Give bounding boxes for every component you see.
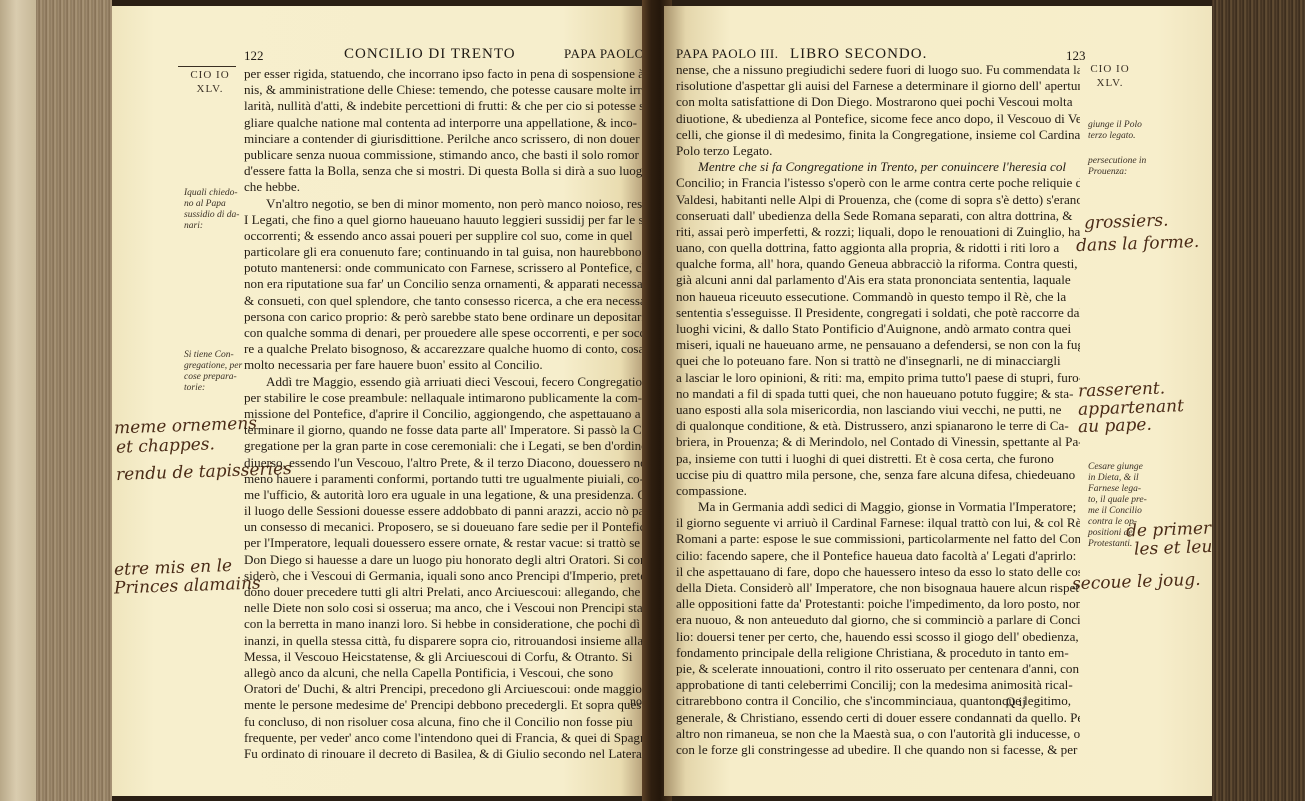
text-line: Addì tre Maggio, essendo già arriuati di… — [244, 374, 642, 390]
text-line: diuerso, essendo l'un Vescouo, l'altro P… — [244, 455, 642, 471]
margin-note-line: to, il quale pre- — [1088, 495, 1147, 506]
margin-note-line: sussidio di da- — [184, 210, 239, 221]
text-line: me l'ufficio, & autorità loro era uguale… — [244, 487, 642, 503]
text-line: alle oppositioni fatte da' Protestanti: … — [676, 596, 1080, 612]
text-line: d'essere fatta la Bolla, senza che si mo… — [244, 163, 642, 179]
text-line: gliare qualche natione mal contenta ad i… — [244, 115, 642, 131]
text-line: Oratori de' Duchi, & altri Prencipi, pre… — [244, 681, 642, 697]
text-line: pa, insieme con tutti i luoghi di quei d… — [676, 451, 1080, 467]
text-line: persona con carico proprio: & però sareb… — [244, 309, 642, 325]
text-line: con la berretta in mano inanzi loro. Si … — [244, 616, 642, 632]
text-line: Don Diego si hauesse a dare un luogo piu… — [244, 552, 642, 568]
text-line: missione del Pontefice, d'aprire il Conc… — [244, 406, 642, 422]
text-line: fu concluso, di non risoluer cosa alcuna… — [244, 714, 642, 730]
year-note-line: XLV. — [1088, 76, 1132, 90]
text-line: per esser rigida, statuendo, che incorra… — [244, 66, 642, 82]
text-line: & consueti, con quel splendore, che tant… — [244, 293, 642, 309]
margin-note-line: me il Concilio — [1088, 506, 1147, 517]
open-book: 122 CONCILIO DI TRENTO PAPA PAOLO III. C… — [0, 0, 1305, 801]
text-line: Concilio; in Francia l'istesso s'operò c… — [676, 175, 1080, 191]
right-body-text: nense, che a nissuno pregiudichi sedere … — [676, 62, 1080, 758]
text-line: miseri, iquali ne haueuano arme, ne pens… — [676, 337, 1080, 353]
text-line: era nuouo, & non anteueduto dal giorno, … — [676, 612, 1080, 628]
text-line: gregatione per la gran parte in cose cer… — [244, 438, 642, 454]
text-line: Vn'altro negotio, se ben di minor moment… — [244, 196, 642, 212]
text-line: re a qualche Prelato bisognoso, & accare… — [244, 341, 642, 357]
right-running-head-pope: PAPA PAOLO III. — [676, 46, 779, 62]
text-line: Messa, il Vescouo Heicstatense, & gli Ar… — [244, 649, 642, 665]
text-line: il luogo delle Sessioni douesse essere a… — [244, 503, 642, 519]
text-line: nelle Diete non solo cosi si osserua; ma… — [244, 600, 642, 616]
text-line: dono douer precedere tutti gli altri Pre… — [244, 584, 642, 600]
text-line: con qualche somma di denari, per prouede… — [244, 325, 642, 341]
text-line: Polo terzo Legato. — [676, 143, 1080, 159]
text-line: generale, & Christiano, essendo certi di… — [676, 710, 1080, 726]
page-edges-left — [36, 0, 112, 801]
text-line: particolare gli era conuenuto fare; cont… — [244, 244, 642, 260]
text-line: larità, nullità d'atti, & indebite perce… — [244, 98, 642, 114]
text-line: uano esposti alla sola misericordia, non… — [676, 402, 1080, 418]
text-line: pie, & scelerate innouationi, contro il … — [676, 661, 1080, 677]
year-note-line: CIO IO — [1088, 62, 1132, 76]
handwritten-note: secoue le joug. — [1072, 570, 1201, 594]
text-line: con le forze gli constringesse ad ubedir… — [676, 742, 1080, 758]
text-line: conseruati dall' ubedienza della Sede Ro… — [676, 208, 1080, 224]
text-line: il che aspettauano di fare, dopo che hau… — [676, 564, 1080, 580]
handwritten-note: au pape. — [1078, 415, 1153, 438]
text-line: il giorno seguente vi arriuò il Cardinal… — [676, 515, 1080, 531]
text-line: nis, & amministratione delle Chiese: tem… — [244, 82, 642, 98]
margin-note-line: in Dieta, & il — [1088, 473, 1147, 484]
text-line: per stabilire le cose preambule: nellaqu… — [244, 390, 642, 406]
text-line: uano, con quella dottrina, fatto aggiont… — [676, 240, 1080, 256]
margin-note-line: giunge il Polo — [1088, 120, 1142, 131]
margin-note-line: Si tiene Con- — [184, 350, 242, 361]
text-line: molto necessaria per fare hauere buon' e… — [244, 357, 642, 373]
year-note-line: XLV. — [188, 82, 232, 96]
text-line: risolutione d'aspettar gli auisi del Far… — [676, 78, 1080, 94]
text-line: no mandati a fil di spada tutti quei, ch… — [676, 386, 1080, 402]
year-note: CIO IO XLV. — [1088, 62, 1132, 90]
text-line: compassione. — [676, 483, 1080, 499]
handwritten-note: et chappes. — [116, 434, 215, 457]
margin-note-line: Prouenza: — [1088, 167, 1146, 178]
handwritten-note: dans la forme. — [1076, 232, 1200, 256]
text-line: non haueua riceuuto essecutione. Command… — [676, 289, 1080, 305]
left-page: 122 CONCILIO DI TRENTO PAPA PAOLO III. C… — [112, 6, 642, 796]
margin-note-provence: persecutione in Prouenza: — [1088, 156, 1146, 178]
text-line: Mentre che si fa Congregatione in Trento… — [676, 159, 1080, 175]
text-line: di qualonque conditione, & età. Distruss… — [676, 418, 1080, 434]
text-line: meno hauere i paramenti conformi, portan… — [244, 471, 642, 487]
text-line: siderò, che i Vescoui di Germania, iqual… — [244, 568, 642, 584]
text-line: inanzi, in quella stessa città, fu dispa… — [244, 633, 642, 649]
text-line: nense, che a nissuno pregiudichi sedere … — [676, 62, 1080, 78]
catchword: no — [630, 694, 642, 709]
text-line: della Dieta. Considerò all' Imperatore, … — [676, 580, 1080, 596]
margin-note-line: persecutione in — [1088, 156, 1146, 167]
handwritten-note: Princes alamains — [114, 573, 261, 598]
text-line: minciare a contender di giurisdittione. … — [244, 131, 642, 147]
text-line: diuotione, & ubedienza al Pontefice, sic… — [676, 111, 1080, 127]
left-running-head: CONCILIO DI TRENTO — [344, 46, 516, 63]
text-line: che hebbe. — [244, 179, 642, 195]
text-line: celli, che gionse il dì medesimo, finita… — [676, 127, 1080, 143]
text-line: per l'Imperatore, lequali douessero esse… — [244, 535, 642, 551]
text-line: altro non rimaneua, se non che la Maestà… — [676, 726, 1080, 742]
text-line: publicare senza nuoua commissione, stima… — [244, 147, 642, 163]
text-line: a lasciar le loro opinioni, & riti: ma, … — [676, 370, 1080, 386]
text-line: frequente, per veder' anco come l'intend… — [244, 730, 642, 746]
text-line: riti, assai però imperfetti, & rozzi; li… — [676, 224, 1080, 240]
text-line: qualche forma, all' hora, quando Geneua … — [676, 256, 1080, 272]
text-line: allegò anco da alcuni, che nella Capella… — [244, 665, 642, 681]
left-body-text: per esser rigida, statuendo, che incorra… — [244, 66, 642, 762]
handwritten-note: grossiers. — [1084, 211, 1169, 234]
margin-note-polo: giunge il Polo terzo legato. — [1088, 120, 1142, 142]
text-line: lio: douersi tener per certo, che, hauen… — [676, 629, 1080, 645]
margin-note-line: nari: — [184, 221, 239, 232]
right-running-head: LIBRO SECONDO. — [790, 46, 927, 63]
margin-note-line: Cesare giunge — [1088, 462, 1147, 473]
text-line: quei che lo poteuano fare. Non si trattò… — [676, 353, 1080, 369]
text-line: Ma in Germania addì sedici di Maggio, gi… — [676, 499, 1080, 515]
text-line: un consesso di mecanici. Proposero, se s… — [244, 519, 642, 535]
margin-note-line: no al Papa — [184, 199, 239, 210]
text-line: briera, in Prouenza; & di Merindolo, nel… — [676, 434, 1080, 450]
text-line: mente le persone medesime de' Prencipi d… — [244, 697, 642, 713]
text-line: terminare il giorno, quando ne fosse dat… — [244, 422, 642, 438]
text-line: fondamento principale della religione Ch… — [676, 645, 1080, 661]
signature-mark: Q ij — [1006, 694, 1026, 710]
year-note: CIO IO XLV. — [188, 68, 232, 96]
margin-note-line: cose prepara- — [184, 372, 242, 383]
text-line: già alcuni anni dal parlamento d'Ais era… — [676, 272, 1080, 288]
book-cover-left — [0, 0, 36, 801]
left-folio: 122 — [244, 48, 264, 64]
margin-note-subsidy: Iquali chiedo- no al Papa sussidio di da… — [184, 188, 239, 232]
margin-note-line: gregatione, per — [184, 361, 242, 372]
year-note-line: CIO IO — [188, 68, 232, 82]
text-line: sententia s'esseguisse. Il Presidente, c… — [676, 305, 1080, 321]
text-line: Fu ordinato di rinouare il decreto di Ba… — [244, 746, 642, 762]
text-line: uccise piu di quattro mila persone, che,… — [676, 467, 1080, 483]
margin-note-line: torie: — [184, 383, 242, 394]
right-page: PAPA PAOLO III. LIBRO SECONDO. 123 CIO I… — [664, 6, 1212, 796]
text-line: cilio: facendo sapere, che il Pontefice … — [676, 548, 1080, 564]
margin-note-line: Farnese lega- — [1088, 484, 1147, 495]
margin-rule — [178, 66, 236, 67]
page-edges-right — [1212, 0, 1305, 801]
text-line: approbatione di tanti celeberrimi Concil… — [676, 677, 1080, 693]
text-line: potuto mantenersi: onde communicato con … — [244, 260, 642, 276]
margin-note-line: Iquali chiedo- — [184, 188, 239, 199]
margin-note-congregation: Si tiene Con- gregatione, per cose prepa… — [184, 350, 242, 394]
text-line: Romani a parte: espose le sue commission… — [676, 531, 1080, 547]
text-line: luoghi vicini, & dallo Stato Pontificio … — [676, 321, 1080, 337]
text-line: I Legati, che fino a quel giorno haueuan… — [244, 212, 642, 228]
margin-note-line: terzo legato. — [1088, 131, 1142, 142]
text-line: Valdesi, habitanti nelle Alpi di Prouenz… — [676, 192, 1080, 208]
text-line: con molta satisfattione di Don Diego. Mo… — [676, 94, 1080, 110]
text-line: occorrenti; & essendo anco assai poueri … — [244, 228, 642, 244]
text-line: non era riputatione sua far' un Concilio… — [244, 276, 642, 292]
